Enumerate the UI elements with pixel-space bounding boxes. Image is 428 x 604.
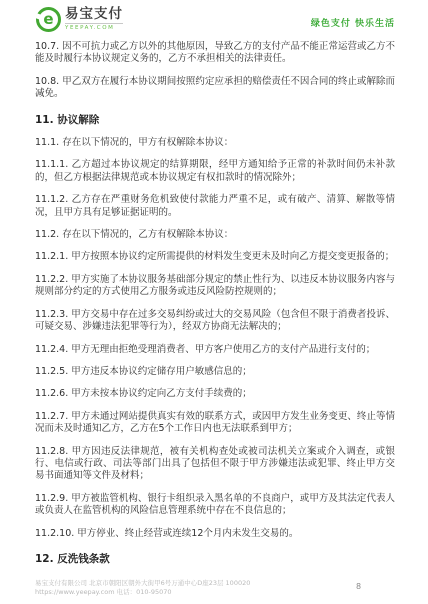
yeepay-swirl-icon: e bbox=[36, 7, 61, 32]
clause-paragraph: 11.2.8. 甲方因违反法律规范，被有关机构查处或被司法机关立案或介入调查，或… bbox=[35, 446, 395, 483]
brand-name-cn: 易宝支付 bbox=[65, 7, 123, 22]
brand-name-en: YEEPAY.COM bbox=[65, 23, 123, 32]
logo-text: 易宝支付 YEEPAY.COM bbox=[65, 7, 123, 32]
clause-paragraph: 11.1.1. 乙方超过本协议规定的结算期限，经甲方通知给予正常的补款时间仍未补… bbox=[35, 159, 395, 184]
clause-paragraph: 11.2.2. 甲方实施了本协议服务基础部分规定的禁止性行为、以违反本协议服务内… bbox=[35, 274, 395, 299]
clause-paragraph: 11.2.9. 甲方被监管机构、银行卡组织录入黑名单的不良商户，或甲方及其法定代… bbox=[35, 493, 395, 518]
footer-contact-line: https://www.yeepay.com 电话：010-95070 bbox=[35, 588, 250, 597]
footer-company-line: 易宝支付有限公司 北京市朝阳区朝外大街甲6号万通中心D座23层 100020 bbox=[35, 579, 250, 588]
contract-body: 10.7. 因不可抗力或乙方以外的其他原因，导致乙方的支付产品不能正常运营或乙方… bbox=[35, 41, 395, 565]
clause-paragraph: 10.7. 因不可抗力或乙方以外的其他原因，导致乙方的支付产品不能正常运营或乙方… bbox=[35, 41, 395, 66]
clause-paragraph: 11.2.7. 甲方未通过网站提供真实有效的联系方式，或因甲方发生业务变更、终止… bbox=[35, 411, 395, 436]
brand-tagline: 绿色支付 快乐生活 bbox=[311, 16, 395, 29]
clause-paragraph: 11.2.5. 甲方违反本协议约定储存用户敏感信息的； bbox=[35, 366, 395, 378]
page-header: e 易宝支付 YEEPAY.COM 绿色支付 快乐生活 bbox=[0, 0, 428, 32]
logo-e-letter: e bbox=[43, 12, 53, 27]
clause-paragraph: 12. 反洗钱条款 bbox=[35, 553, 395, 565]
clause-paragraph: 11.2.1. 甲方按照本协议约定所需提供的材料发生变更未及时向乙方提交变更报备… bbox=[35, 251, 395, 263]
contract-page: e 易宝支付 YEEPAY.COM 绿色支付 快乐生活 10.7. 因不可抗力或… bbox=[0, 0, 428, 604]
clause-paragraph: 11.2.4. 甲方无理由拒绝受理消费者、甲方客户使用乙方的支付产品进行支付的； bbox=[35, 344, 395, 356]
clause-paragraph: 11.2.6. 甲方未按本协议约定向乙方支付手续费的； bbox=[35, 388, 395, 400]
clause-paragraph: 11. 协议解除 bbox=[35, 114, 395, 126]
page-footer: 易宝支付有限公司 北京市朝阳区朝外大街甲6号万通中心D座23层 100020 h… bbox=[35, 579, 250, 597]
clause-paragraph: 11.2. 存在以下情况的，乙方有权解除本协议： bbox=[35, 229, 395, 241]
clause-paragraph: 10.8. 甲乙双方在履行本协议期间按照约定应承担的赔偿责任不因合同的终止或解除… bbox=[35, 76, 395, 101]
yeepay-logo: e 易宝支付 YEEPAY.COM bbox=[36, 7, 123, 32]
clause-paragraph: 11.2.10. 甲方停业、终止经营或连续12个月内未发生交易的。 bbox=[35, 528, 395, 540]
clause-paragraph: 11.1.2. 乙方存在严重财务危机致使付款能力严重不足，或有破产、清算、解散等… bbox=[35, 194, 395, 219]
clause-paragraph: 11.1. 存在以下情况的，甲方有权解除本协议： bbox=[35, 137, 395, 149]
page-number: 8 bbox=[356, 582, 361, 591]
clause-paragraph: 11.2.3. 甲方交易中存在过多交易纠纷或过大的交易风险（包含但不限于消费者投… bbox=[35, 309, 395, 334]
